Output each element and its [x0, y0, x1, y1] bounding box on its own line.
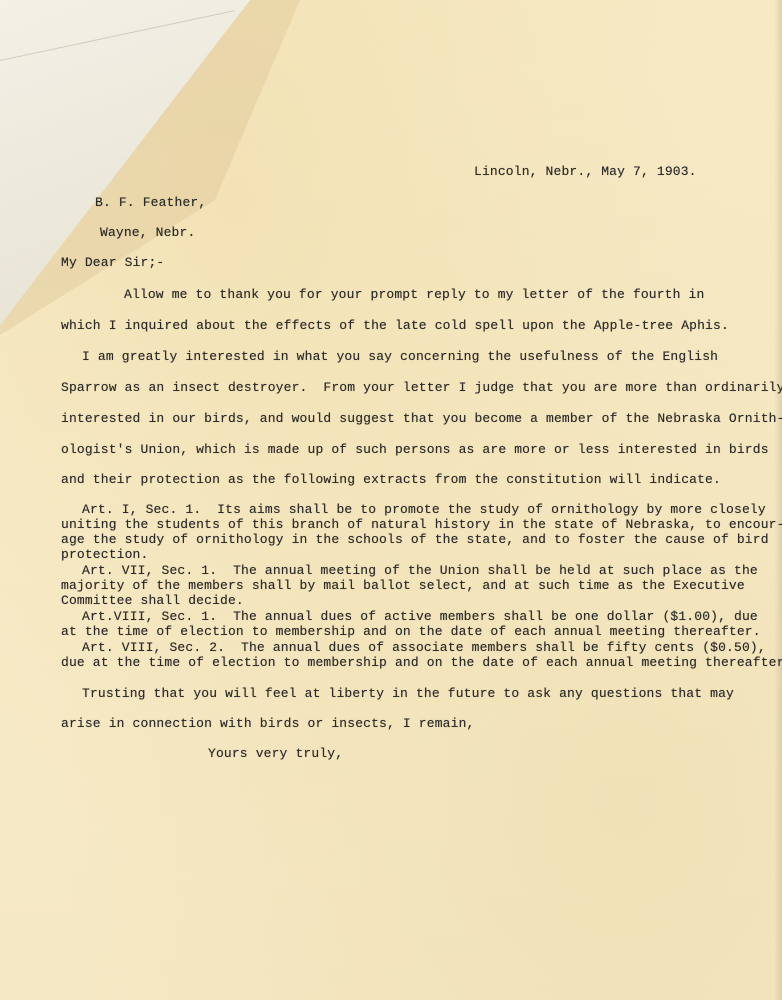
paragraph2-line3: interested in our birds, and would sugge… [61, 411, 782, 426]
closing: Yours very truly, [208, 746, 343, 761]
extract-art1-line4: protection. [61, 547, 148, 563]
extract-art1-line3: age the study of ornithology in the scho… [61, 532, 769, 548]
extract-art8s1-line2: at the time of election to membership an… [61, 624, 761, 640]
letter-page: Lincoln, Nebr., May 7, 1903. B. F. Feath… [0, 0, 782, 1000]
extract-art8s1-line1: Art.VIII, Sec. 1. The annual dues of act… [82, 609, 758, 625]
paragraph2-line2: Sparrow as an insect destroyer. From you… [61, 380, 782, 395]
paragraph2-line4: ologist's Union, which is made up of suc… [61, 442, 769, 457]
recipient-address: Wayne, Nebr. [100, 225, 195, 240]
extract-art8s2-line2: due at the time of election to membershi… [61, 655, 782, 671]
dateline: Lincoln, Nebr., May 7, 1903. [474, 164, 697, 179]
paper-edge [774, 0, 782, 1000]
recipient-name: B. F. Feather, [95, 195, 206, 210]
paragraph1-line2: which I inquired about the effects of th… [61, 318, 729, 333]
extract-art7-line3: Committee shall decide. [61, 593, 244, 609]
extract-art8s2-line1: Art. VIII, Sec. 2. The annual dues of as… [82, 640, 766, 656]
extract-art7-line2: majority of the members shall by mail ba… [61, 578, 745, 594]
paragraph3-line1: Trusting that you will feel at liberty i… [82, 686, 734, 701]
paragraph2-line5: and their protection as the following ex… [61, 472, 721, 487]
extract-art7-line1: Art. VII, Sec. 1. The annual meeting of … [82, 563, 758, 579]
paragraph2-line1: I am greatly interested in what you say … [82, 349, 718, 364]
extract-art1-line1: Art. I, Sec. 1. Its aims shall be to pro… [82, 502, 766, 518]
paragraph1-line1: Allow me to thank you for your prompt re… [124, 287, 704, 302]
paragraph3-line2: arise in connection with birds or insect… [61, 716, 474, 731]
salutation: My Dear Sir;- [61, 255, 164, 270]
extract-art1-line2: uniting the students of this branch of n… [61, 517, 782, 533]
